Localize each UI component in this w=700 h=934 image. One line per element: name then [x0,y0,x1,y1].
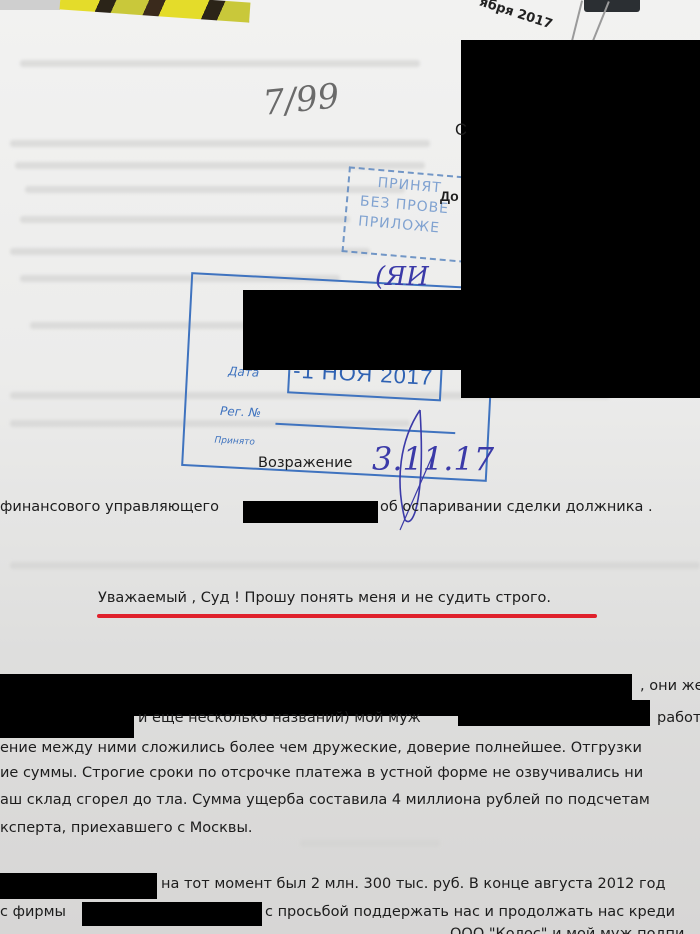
handwritten-initials: (ЯИ [375,262,429,292]
stamp-line: ПРИЛОЖЕ [358,213,441,236]
body-line: , они же [640,678,700,694]
redaction-block [243,501,378,523]
header-fragment: До [440,188,459,204]
body-line: с просьбой поддержать нас и продолжать н… [265,904,675,920]
stamp-accepted-label: Принято [214,436,255,448]
redaction-block [458,700,650,726]
handwritten-reference: 7/99 [261,76,341,124]
body-line: ксперта, приехавшего с Москвы. [0,820,253,836]
body-line: на тот момент был 2 млн. 300 тыс. руб. В… [161,876,666,892]
header-fragment: С [455,121,467,140]
subject-line-right: об оспаривании сделки должника . [380,499,653,515]
body-line: с фирмы [0,904,66,920]
stamp-reg-label: Рег. № [220,404,262,420]
redaction-block [82,902,262,926]
red-underline [97,614,597,618]
subject-line-left: финансового управляющего [0,499,219,515]
document-title: Возражение [258,455,352,471]
body-line: и еще несколько названий) мой муж [138,710,421,726]
body-line: ение между ними сложились более чем друж… [0,740,642,756]
redaction-block [243,290,503,370]
body-line: работ [657,710,700,726]
redaction-block [0,873,157,899]
redaction-block [0,700,134,738]
signature-stroke-icon [380,400,460,540]
body-line: аш склад сгорел до тла. Сумма ущерба сос… [0,792,650,808]
body-line: ООО "Колос" и мой муж подпи [450,926,684,934]
body-line: ие суммы. Строгие сроки по отсрочке плат… [0,765,643,781]
appeal-line: Уважаемый , Суд ! Прошу понять меня и не… [98,590,551,606]
stamp-line: ПРИНЯТ [377,175,442,197]
